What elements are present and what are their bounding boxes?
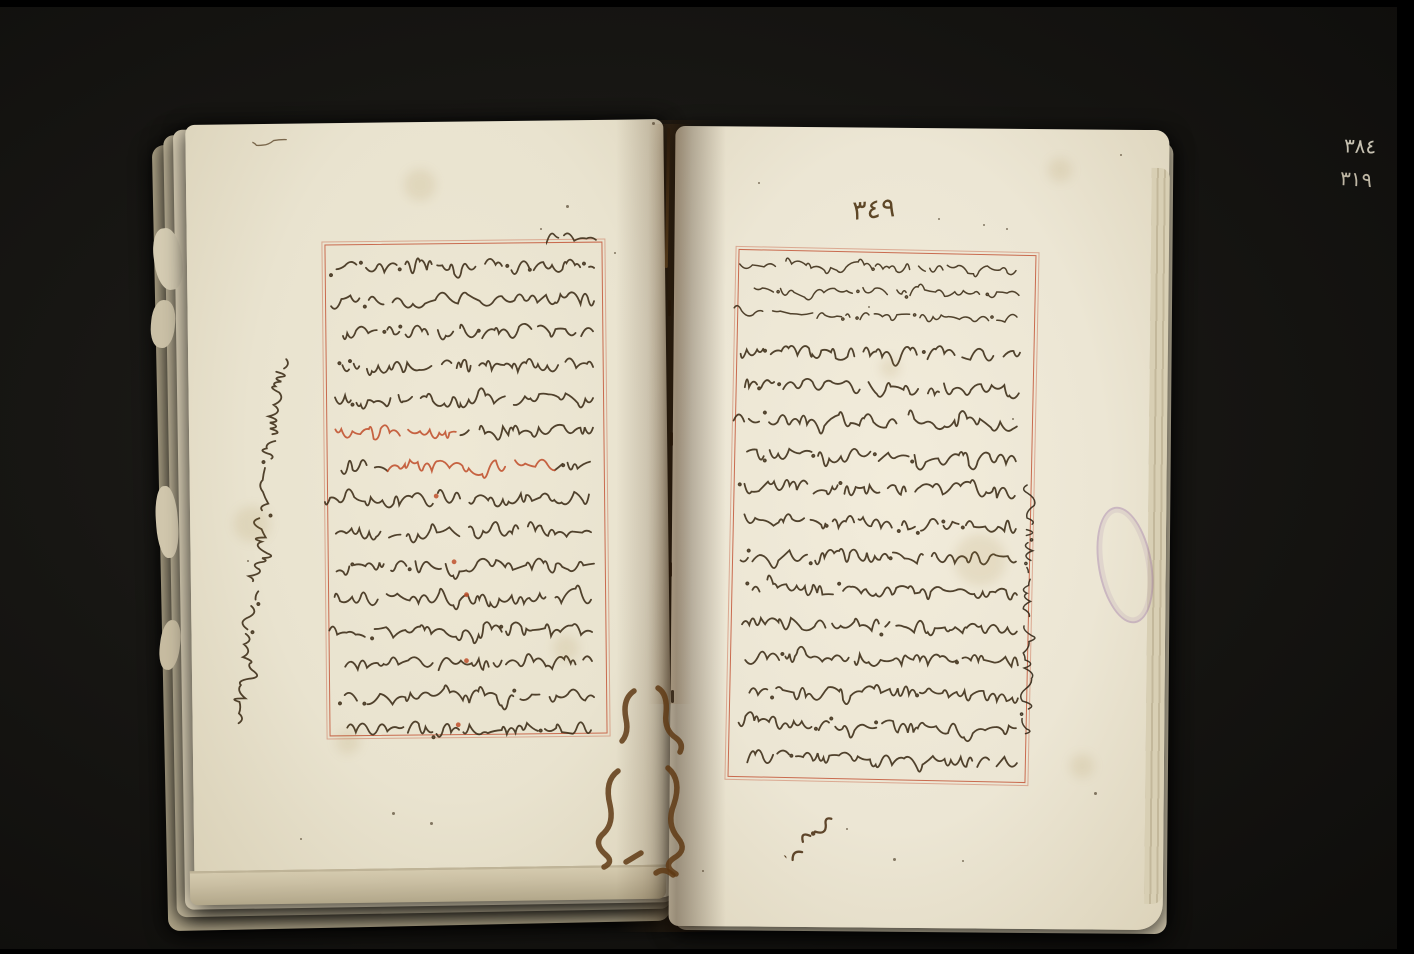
left-text-line: [337, 415, 595, 445]
ink-speck: [1120, 154, 1122, 156]
ink-speck: [652, 122, 655, 125]
folio-number-upper: ٣٨٤: [1344, 133, 1377, 158]
ink-speck: [1094, 792, 1097, 795]
ink-speck: [702, 870, 704, 872]
foxing-stain: [553, 635, 579, 661]
left-text-line: [342, 383, 595, 411]
left-text-line: [338, 516, 593, 544]
folio-number-lower: ٣١٩: [1339, 166, 1373, 192]
foxing-stain: [880, 358, 900, 378]
left-text-line: [338, 549, 596, 577]
ink-speck: [247, 560, 249, 562]
ink-speck: [846, 828, 848, 830]
ink-speck: [614, 252, 616, 254]
foxing-stain: [1048, 158, 1072, 182]
manuscript-photograph: ٣٤٩ ٣٨٤ ٣١٩: [0, 0, 1414, 954]
ink-speck: [566, 205, 569, 208]
binding-stitch: [668, 300, 671, 316]
quire-mark: [546, 220, 598, 254]
ink-speck: [300, 838, 302, 840]
ink-speck: [983, 224, 985, 226]
left-text-line: [333, 482, 591, 512]
left-text-line: [338, 283, 596, 311]
ink-speck: [1012, 418, 1014, 420]
left-text-line: [337, 349, 595, 379]
left-text-line: [342, 450, 592, 477]
ink-speck: [938, 218, 940, 220]
binding-stitch: [671, 690, 674, 703]
gutter-ink-blots: [596, 676, 716, 886]
left-text-line: [340, 582, 593, 611]
ink-speck: [540, 228, 542, 230]
right-text-line: [752, 742, 1019, 773]
foxing-stain: [1070, 754, 1094, 778]
binding-stitch: [669, 562, 672, 577]
foxing-stain: [234, 506, 270, 542]
ink-speck: [1006, 228, 1008, 230]
foxing-stain: [404, 169, 436, 201]
right-text-line: [744, 642, 1019, 672]
ink-speck: [758, 182, 760, 184]
left-text-line: [345, 680, 595, 710]
foxing-stain: [954, 534, 1006, 586]
left-text-line: [348, 712, 593, 739]
ink-speck: [893, 858, 896, 861]
ink-speck: [392, 812, 395, 815]
binding-stitch: [670, 432, 673, 446]
ink-speck: [868, 306, 870, 308]
bottom-page-edges: [190, 865, 666, 906]
gutter-glue-stain: [648, 124, 692, 704]
ink-speck: [962, 860, 964, 862]
edge-scribble: [250, 121, 290, 160]
right-margin-note: [1010, 483, 1048, 736]
ink-speck: [430, 822, 433, 825]
page-number-right: ٣٤٩: [852, 192, 896, 227]
foxing-stain: [336, 730, 360, 754]
left-text-line: [339, 316, 594, 345]
